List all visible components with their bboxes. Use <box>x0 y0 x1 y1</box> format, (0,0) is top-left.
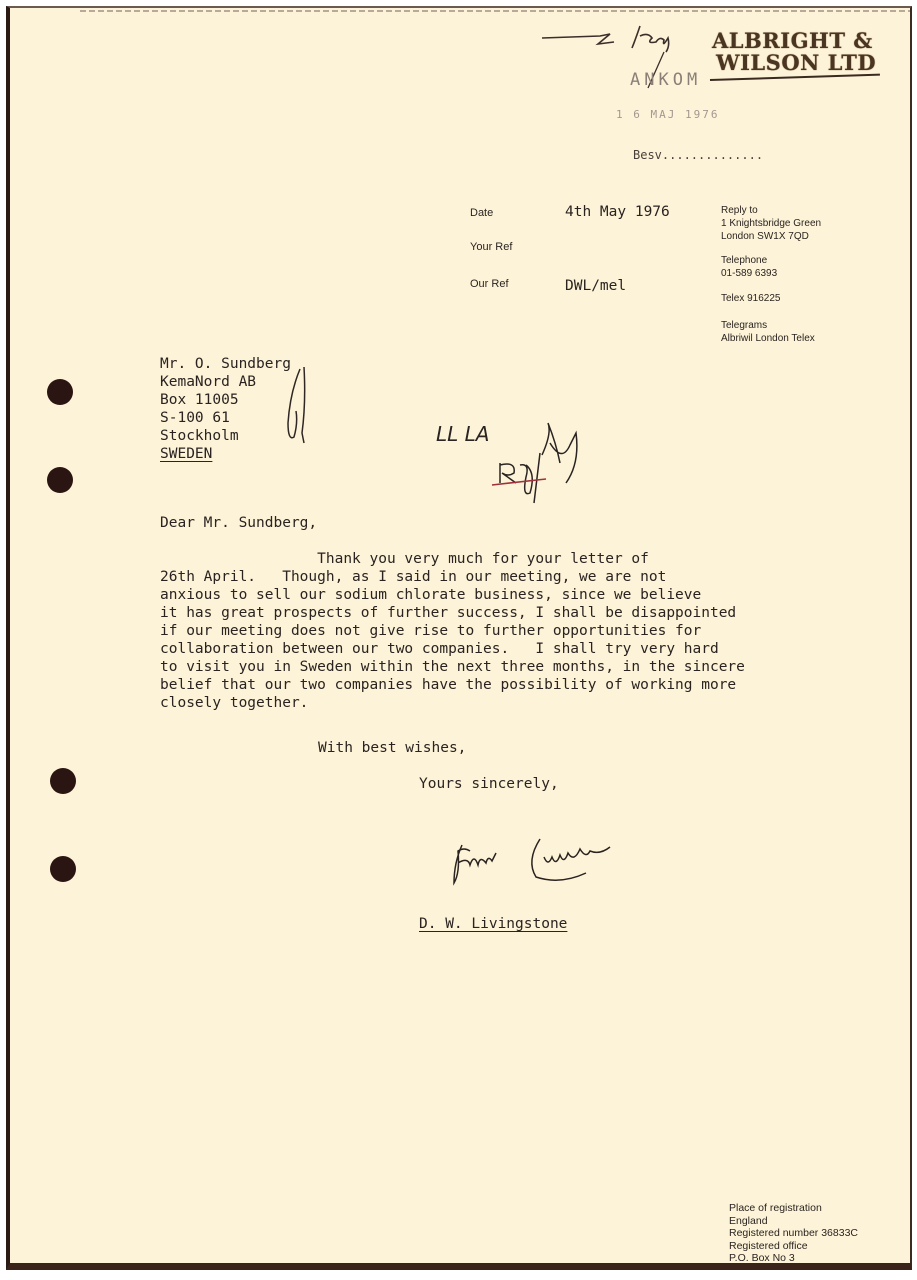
reply-to-block: Reply to 1 Knightsbridge Green London SW… <box>721 204 821 243</box>
recipient-line: S-100 61 <box>160 409 291 427</box>
body-line: Thank you very much for your letter of <box>160 550 745 568</box>
closing-sincerely: Yours sincerely, <box>419 775 559 793</box>
our-ref-label: Our Ref <box>470 278 509 290</box>
reply-address-line1: 1 Knightsbridge Green <box>721 217 821 230</box>
letter-body: Thank you very much for your letter of26… <box>160 550 745 712</box>
punch-hole <box>50 856 76 882</box>
footer-line: Place of registration <box>729 1202 858 1215</box>
reply-address-line2: London SW1X 7QD <box>721 230 821 243</box>
body-line: if our meeting does not give rise to fur… <box>160 622 745 640</box>
registration-footer: Place of registration England Registered… <box>729 1202 858 1265</box>
ankom-stamp: ANKOM <box>630 70 701 90</box>
handwritten-signature <box>440 833 640 893</box>
reply-to-label: Reply to <box>721 204 821 217</box>
handwritten-initials: LL LA <box>430 393 630 503</box>
telephone-block: Telephone 01-589 6393 <box>721 254 777 280</box>
stamp-answered: Besv.............. <box>633 148 763 162</box>
footer-line: Registered office <box>729 1240 858 1253</box>
punch-hole <box>50 768 76 794</box>
date-value: 4th May 1976 <box>565 204 670 220</box>
recipient-line: Box 11005 <box>160 391 291 409</box>
recipient-country: SWEDEN <box>160 445 212 463</box>
body-line: anxious to sell our sodium chlorate busi… <box>160 586 745 604</box>
date-label: Date <box>470 207 493 219</box>
footer-line: Registered number 36833C <box>729 1227 858 1240</box>
top-edge-rule <box>80 10 910 12</box>
body-line: 26th April. Though, as I said in our mee… <box>160 568 745 586</box>
letter-page: ALBRIGHT & WILSON LTD ANKOM 1 6 MAJ 1976… <box>6 6 912 1270</box>
telex: Telex 916225 <box>721 292 781 305</box>
handwritten-margin-note: LL LA <box>436 422 489 446</box>
recipient-line: Mr. O. Sundberg <box>160 355 291 373</box>
telegrams-value: Albriwil London Telex <box>721 332 815 345</box>
body-line: closely together. <box>160 694 745 712</box>
footer-line: England <box>729 1215 858 1228</box>
footer-line: P.O. Box No 3 <box>729 1252 858 1265</box>
body-line: collaboration between our two companies.… <box>160 640 745 658</box>
punch-hole <box>47 379 73 405</box>
salutation: Dear Mr. Sundberg, <box>160 514 317 532</box>
company-logo: ALBRIGHT & WILSON LTD <box>712 30 876 74</box>
telegrams-block: Telegrams Albriwil London Telex <box>721 319 815 345</box>
punch-hole <box>47 467 73 493</box>
recipient-line: Stockholm <box>160 427 291 445</box>
telegrams-label: Telegrams <box>721 319 815 332</box>
recipient-line: KemaNord AB <box>160 373 291 391</box>
our-ref-value: DWL/mel <box>565 278 626 294</box>
stamp-date: 1 6 MAJ 1976 <box>616 108 719 121</box>
recipient-address: Mr. O. SundbergKemaNord ABBox 11005S-100… <box>160 355 291 463</box>
handwritten-bracket-mark <box>280 363 320 453</box>
telephone-label: Telephone <box>721 254 777 267</box>
body-line: to visit you in Sweden within the next t… <box>160 658 745 676</box>
your-ref-label: Your Ref <box>470 241 512 253</box>
telephone-value: 01-589 6393 <box>721 267 777 280</box>
signatory-name: D. W. Livingstone <box>419 915 567 933</box>
body-line: belief that our two companies have the p… <box>160 676 745 694</box>
closing-wishes: With best wishes, <box>318 739 466 757</box>
company-name-line2: WILSON LTD <box>716 52 876 74</box>
body-line: it has great prospects of further succes… <box>160 604 745 622</box>
